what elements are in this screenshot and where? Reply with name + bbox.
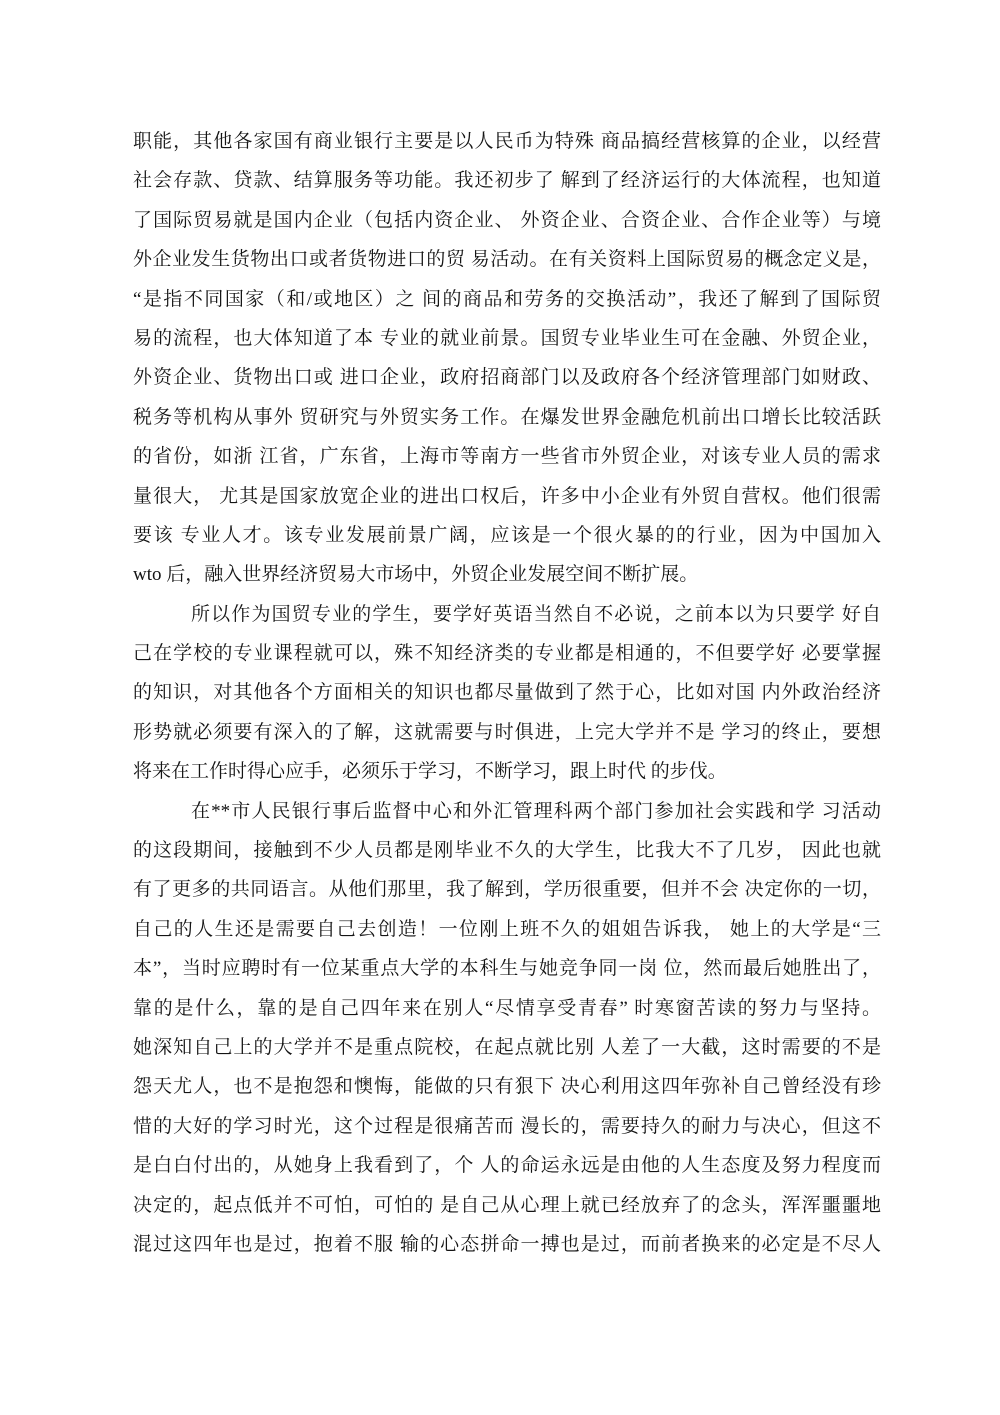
text-line: 要该 专业人才。该专业发展前景广阔，应该是一个很火暴的的行业，因为中国加入 [133,516,881,555]
document-page: 职能，其他各家国有商业银行主要是以人民币为特殊 商品搞经营核算的企业，以经营社会… [0,0,1000,1415]
text-line: 量很大， 尤其是国家放宽企业的进出口权后，许多中小企业有外贸自营权。他们很需 [133,477,881,516]
text-line: 社会存款、贷款、结算服务等功能。我还初步了 解到了经济运行的大体流程，也知道 [133,161,881,200]
text-line: 所以作为国贸专业的学生，要学好英语当然自不必说，之前本以为只要学 好自 [133,595,881,634]
text-line: 靠的是什么，靠的是自己四年来在别人“尽情享受青春” 时寒窗苦读的努力与坚持。 [133,989,881,1028]
text-line: 有了更多的共同语言。从他们那里，我了解到，学历很重要，但并不会 决定你的一切， [133,870,881,909]
text-line: 了国际贸易就是国内企业（包括内资企业、 外资企业、合资企业、合作企业等）与境 [133,201,881,240]
text-line: “是指不同国家（和/或地区）之 间的商品和劳务的交换活动”，我还了解到了国际贸 [133,280,881,319]
document-text-block: 职能，其他各家国有商业银行主要是以人民币为特殊 商品搞经营核算的企业，以经营社会… [133,122,881,1264]
text-line: 外资企业、货物出口或 进口企业，政府招商部门以及政府各个经济管理部门如财政、 [133,358,881,397]
text-line: 的这段期间，接触到不少人员都是刚毕业不久的大学生，比我大不了几岁， 因此也就 [133,831,881,870]
text-line: 的知识，对其他各个方面相关的知识也都尽量做到了然于心，比如对国 内外政治经济 [133,673,881,712]
text-line: 本”，当时应聘时有一位某重点大学的本科生与她竞争同一岗 位，然而最后她胜出了， [133,949,881,988]
text-line: 决定的，起点低并不可怕，可怕的 是自己从心理上就已经放弃了的念头，浑浑噩噩地 [133,1186,881,1225]
text-line: 是白白付出的，从她身上我看到了，个 人的命运永远是由他的人生态度及努力程度而 [133,1146,881,1185]
text-line: 她深知自己上的大学并不是重点院校，在起点就比别 人差了一大截，这时需要的不是 [133,1028,881,1067]
text-line: 怨天尤人，也不是抱怨和懊悔，能做的只有狠下 决心利用这四年弥补自己曾经没有珍 [133,1067,881,1106]
paragraph: 在**市人民银行事后监督中心和外汇管理科两个部门参加社会实践和学 习活动的这段期… [133,792,881,1265]
text-line: 惜的大好的学习时光，这个过程是很痛苦而 漫长的，需要持久的耐力与决心，但这不 [133,1107,881,1146]
text-line: 的省份，如浙 江省，广东省，上海市等南方一些省市外贸企业，对该专业人员的需求 [133,437,881,476]
paragraph: 职能，其他各家国有商业银行主要是以人民币为特殊 商品搞经营核算的企业，以经营社会… [133,122,881,595]
text-line: 外企业发生货物出口或者货物进口的贸 易活动。在有关资料上国际贸易的概念定义是， [133,240,881,279]
text-line: 将来在工作时得心应手，必须乐于学习，不断学习，跟上时代 的步伐。 [133,752,881,791]
text-line: 自己的人生还是需要自己去创造！一位刚上班不久的姐姐告诉我， 她上的大学是“三 [133,910,881,949]
paragraph: 所以作为国贸专业的学生，要学好英语当然自不必说，之前本以为只要学 好自己在学校的… [133,595,881,792]
text-line: 职能，其他各家国有商业银行主要是以人民币为特殊 商品搞经营核算的企业，以经营 [133,122,881,161]
text-line: 在**市人民银行事后监督中心和外汇管理科两个部门参加社会实践和学 习活动 [133,792,881,831]
text-line: 混过这四年也是过，抱着不服 输的心态拼命一搏也是过，而前者换来的必定是不尽人 [133,1225,881,1264]
text-line: wto 后，融入世界经济贸易大市场中，外贸企业发展空间不断扩展。 [133,555,881,594]
text-line: 税务等机构从事外 贸研究与外贸实务工作。在爆发世界金融危机前出口增长比较活跃 [133,398,881,437]
text-line: 形势就必须要有深入的了解，这就需要与时俱进，上完大学并不是 学习的终止，要想 [133,713,881,752]
text-line: 己在学校的专业课程就可以，殊不知经济类的专业都是相通的，不但要学好 必要掌握 [133,634,881,673]
text-line: 易的流程，也大体知道了本 专业的就业前景。国贸专业毕业生可在金融、外贸企业， [133,319,881,358]
